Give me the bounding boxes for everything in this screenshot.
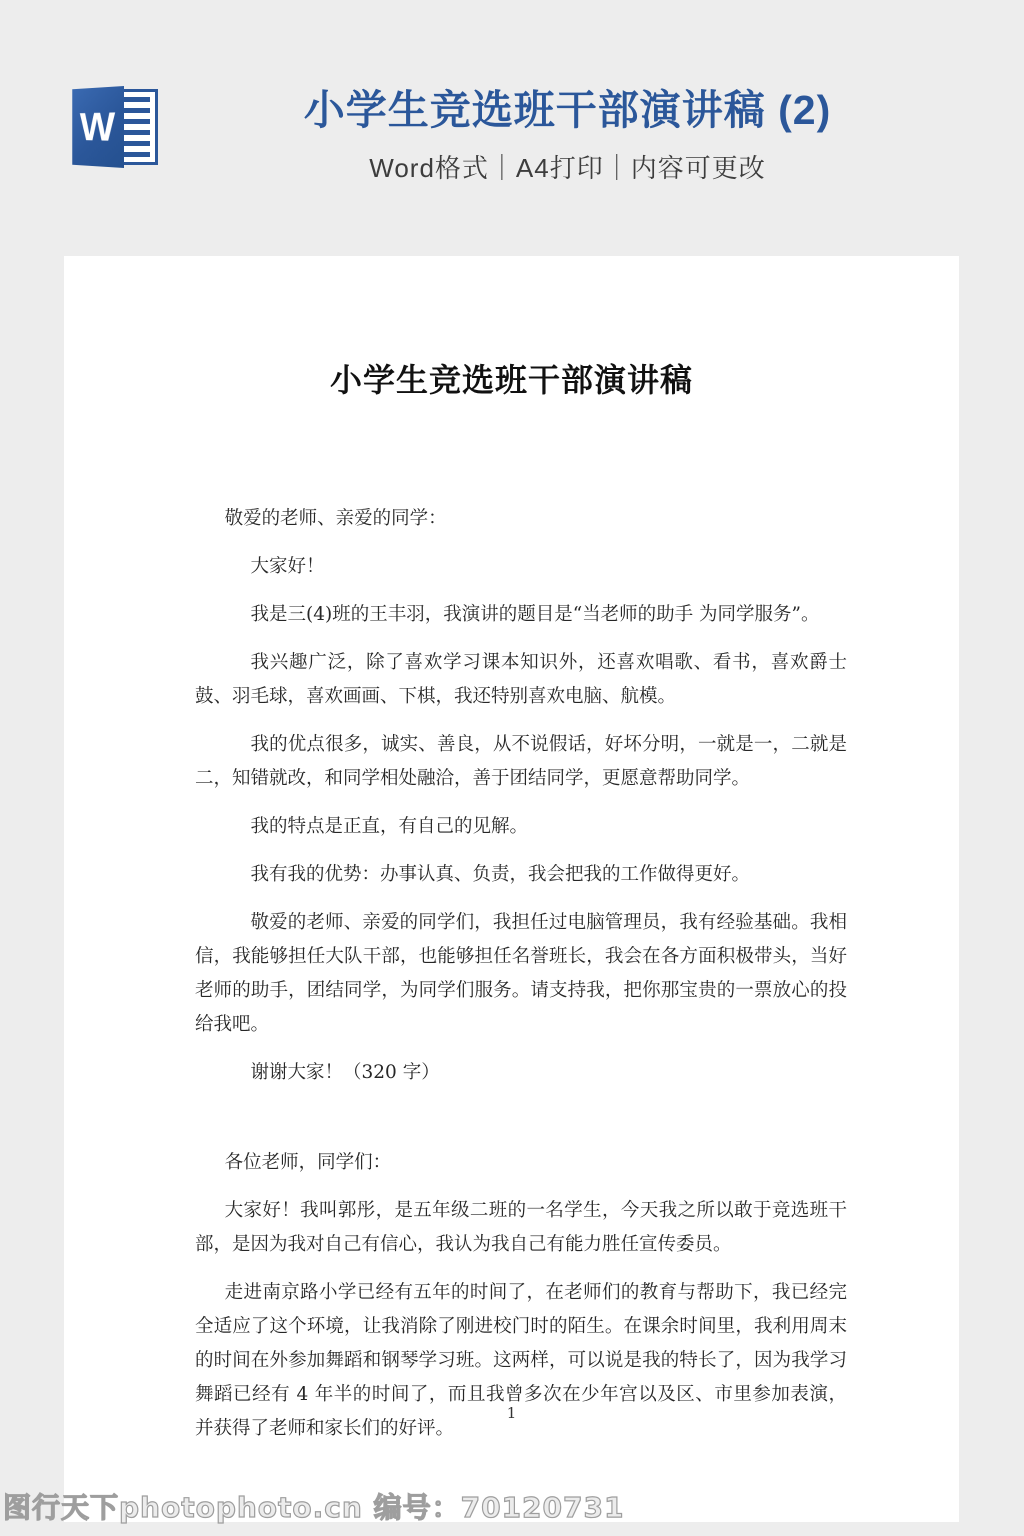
paragraph-salutation: 敬爱的老师、亲爱的同学： (195, 502, 847, 536)
paragraph-closing: 谢谢大家！（320 字） (195, 1056, 847, 1090)
paragraph: 我有我的优势：办事认真、负责，我会把我的工作做得更好。 (195, 858, 847, 892)
paragraph: 我兴趣广泛，除了喜欢学习课本知识外，还喜欢唱歌、看书，喜欢爵士鼓、羽毛球，喜欢画… (195, 646, 847, 714)
header-text-block: 小学生竞选班干部演讲稿 (2) Word格式｜A4打印｜内容可更改 (64, 87, 959, 185)
watermark: 图行天下photophoto.cn 编号：70120731 (3, 1486, 624, 1526)
document-title: 小学生竞选班干部演讲稿 (64, 360, 959, 402)
paragraph: 敬爱的老师、亲爱的同学们，我担任过电脑管理员，我有经验基础。我相信，我能够担任大… (195, 906, 847, 1042)
template-title: 小学生竞选班干部演讲稿 (2) (176, 87, 959, 134)
paragraph-salutation: 各位老师，同学们： (195, 1146, 847, 1180)
template-subtitle: Word格式｜A4打印｜内容可更改 (176, 148, 959, 185)
paragraph: 我的特点是正直，有自己的见解。 (195, 810, 847, 844)
paragraph: 大家好！ (195, 550, 847, 584)
document-body: 敬爱的老师、亲爱的同学： 大家好！ 我是三(4)班的王丰羽，我演讲的题目是“当老… (64, 502, 959, 1446)
template-header: W 小学生竞选班干部演讲稿 (2) Word格式｜A4打印｜内容可更改 (64, 85, 959, 205)
document-page: 小学生竞选班干部演讲稿 敬爱的老师、亲爱的同学： 大家好！ 我是三(4)班的王丰… (64, 256, 959, 1522)
paragraph: 我是三(4)班的王丰羽，我演讲的题目是“当老师的助手 为同学服务”。 (195, 598, 847, 632)
page-number: 1 (64, 1404, 959, 1422)
paragraph: 大家好！我叫郭彤，是五年级二班的一名学生，今天我之所以敢于竞选班干部，是因为我对… (195, 1194, 847, 1262)
paragraph: 我的优点很多，诚实、善良，从不说假话，好坏分明，一就是一，二就是二，知错就改，和… (195, 728, 847, 796)
